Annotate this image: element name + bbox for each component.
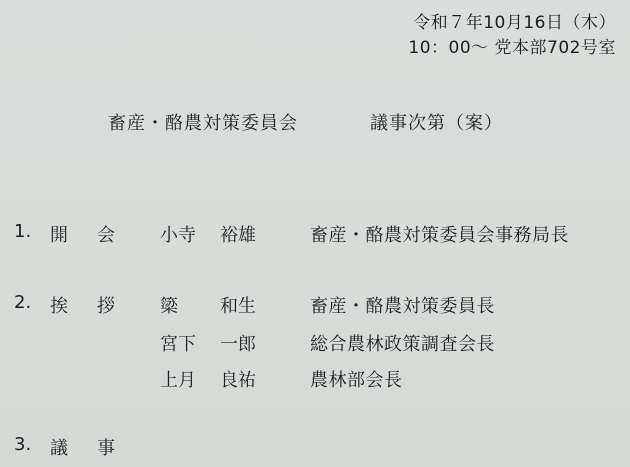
person-surname: 宮下	[160, 330, 196, 356]
person-given-name: 和生	[220, 292, 256, 318]
agenda-number: 3.	[14, 434, 31, 455]
agenda-number: 2.	[14, 292, 31, 313]
agenda-number: 1.	[14, 221, 31, 242]
agenda-label-char: 議	[50, 434, 68, 460]
agenda-label-char: 拶	[97, 292, 115, 318]
agenda-label-char: 挨	[50, 292, 68, 318]
person-given-name: 一郎	[220, 330, 256, 356]
agenda-label-char: 開	[50, 221, 68, 247]
person-role: 農林部会長	[310, 366, 403, 392]
meeting-date: 令和７年10月16日（木）	[413, 8, 616, 33]
person-surname: 小寺	[160, 221, 196, 247]
agenda-label-char: 会	[97, 221, 115, 247]
meeting-time-place: 10：00～ 党本部702号室	[408, 33, 616, 58]
document-page: 令和７年10月16日（木） 10：00～ 党本部702号室 畜産・酪農対策委員会…	[0, 0, 630, 467]
person-surname: 簗	[160, 292, 178, 318]
person-role: 総合農林政策調査会長	[310, 330, 495, 356]
person-role: 畜産・酪農対策委員長	[310, 292, 495, 318]
person-given-name: 裕雄	[220, 221, 256, 247]
document-title: 議事次第（案）	[370, 109, 503, 135]
agenda-label-char: 事	[97, 434, 115, 460]
person-surname: 上月	[160, 366, 196, 392]
person-given-name: 良祐	[220, 366, 256, 392]
person-role: 畜産・酪農対策委員会事務局長	[310, 221, 569, 247]
committee-title: 畜産・酪農対策委員会	[108, 109, 298, 135]
